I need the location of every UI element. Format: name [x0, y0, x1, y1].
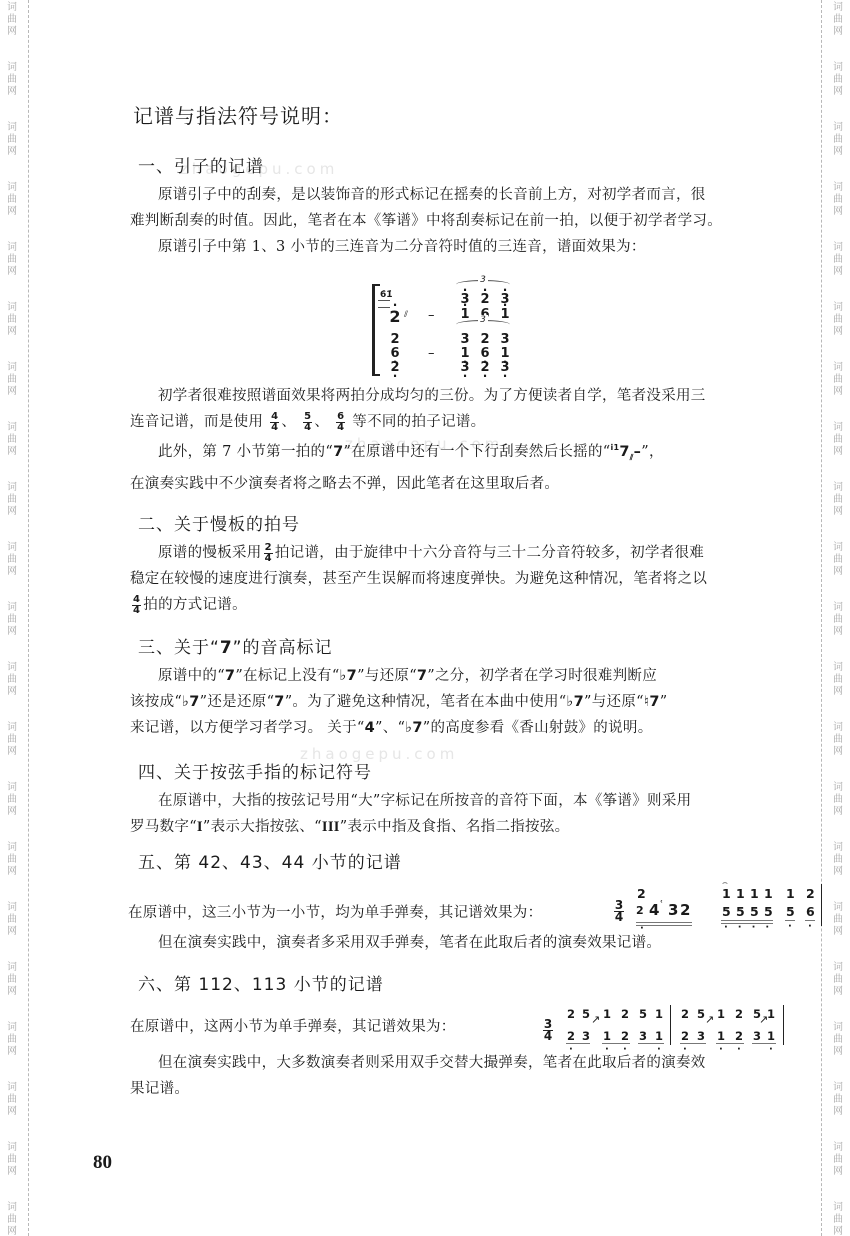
score-example-m42-44: 34 2 2 4 ʿ 3 2 · ⌢ 1 1 1 1 5 5 5 5 ···· … — [614, 886, 824, 936]
inline-gliss-glyph: i̇17⫽– — [610, 444, 641, 460]
text-run: 拍的方式记谱。 — [143, 597, 247, 613]
watermark-text: 词曲网 — [2, 242, 22, 278]
page-number: 80 — [93, 1152, 112, 1174]
watermark-text: 词曲网 — [828, 1142, 848, 1178]
text-line: 原谱引子中第 1、3 小节的三连音为二分音符时值的三连音，谱面效果为： — [158, 239, 646, 255]
watermark-text: 词曲网 — [828, 842, 848, 878]
text-run: 等不同的拍子记谱。 — [352, 414, 485, 430]
watermark-text: 词曲网 — [828, 122, 848, 158]
watermark-text: 词曲网 — [828, 1022, 848, 1058]
text-run: ”， — [641, 444, 664, 460]
section-heading-measures-112-113: 六、第 112、113 小节的记谱 — [138, 970, 384, 995]
watermark-text: 词曲网 — [2, 1022, 22, 1058]
watermark-text: 词曲网 — [2, 782, 22, 818]
text-line: 稳定在较慢的速度进行演奏，甚至产生误解而将速度弹快。为避免这种情况，笔者将之以 — [130, 571, 707, 587]
watermark-text: 词曲网 — [2, 422, 22, 458]
watermark-text: 词曲网 — [2, 842, 22, 878]
watermark-text: 词曲网 — [828, 302, 848, 338]
paragraph: 初学者很难按照谱面效果将两拍分成均匀的三份。为了方便读者自学，笔者没采用三 连音… — [130, 383, 706, 497]
note: 3 — [498, 360, 512, 375]
text-line: 在原谱中，这三小节为一小节，均为单手弹奏，其记谱效果为： — [128, 900, 542, 926]
watermark-text: 词曲网 — [828, 422, 848, 458]
text-line: 初学者很难按照谱面效果将两拍分成均匀的三份。为了方便读者自学，笔者没采用三 — [158, 388, 706, 404]
watermark-text: 词曲网 — [2, 182, 22, 218]
bar-line — [670, 1005, 671, 1045]
system-brace — [372, 284, 380, 376]
tremolo-mark: ⫽ — [404, 310, 408, 320]
watermark-text: 词曲网 — [828, 902, 848, 938]
text-line: 但在演奏实践中，演奏者多采用双手弹奏，笔者在此取后者的演奏效果记谱。 — [158, 935, 661, 951]
watermark-text: 词曲网 — [828, 62, 848, 98]
note-seven: 7 — [333, 444, 343, 460]
bar-line — [821, 884, 822, 926]
note: 4 — [649, 901, 659, 919]
note: 6 — [388, 346, 402, 361]
triplet-bracket: 3 — [456, 320, 510, 329]
watermark-text: 词曲网 — [828, 662, 848, 698]
watermark-text: 词曲网 — [2, 962, 22, 998]
watermark-text: 词曲网 — [2, 302, 22, 338]
watermark-text: 词曲网 — [2, 902, 22, 938]
watermark-text: 词曲网 — [828, 782, 848, 818]
section-heading-finger-marks: 四、关于按弦手指的标记符号 — [138, 758, 372, 783]
time-signature: 24 — [264, 543, 273, 564]
watermark-text: 词曲网 — [2, 1082, 22, 1118]
paragraph: 但在演奏实践中，大多数演奏者则采用双手交替大撮弹奏，笔者在此取后者的演奏效 果记… — [130, 1050, 706, 1102]
note: 2 — [637, 886, 646, 901]
note: 2 — [388, 307, 402, 326]
time-signature: 34 — [543, 1019, 553, 1042]
watermark-text: 词曲网 — [828, 182, 848, 218]
text-line: 但在演奏实践中，大多数演奏者则采用双手交替大撮弹奏，笔者在此取后者的演奏效 — [158, 1055, 706, 1071]
watermark-text: 词曲网 — [828, 962, 848, 998]
watermark-text: 词曲网 — [2, 62, 22, 98]
paragraph: 原谱的慢板采用24拍记谱，由于旋律中十六分音符与三十二分音符较多，初学者很难 稳… — [130, 540, 707, 618]
note: 2 — [636, 904, 644, 917]
right-watermark-rail: 词曲网词曲网词曲网词曲网词曲网词曲网词曲网词曲网词曲网词曲网词曲网词曲网词曲网词… — [821, 0, 850, 1236]
note: 2 — [478, 360, 492, 375]
text-line: 难判断刮奏的时值。因此，笔者在本《筝谱》中将刮奏标记在前一拍，以便于初学者学习。 — [130, 213, 722, 229]
watermark-text: 词曲网 — [2, 122, 22, 158]
text-run: 原谱的慢板采用 — [158, 545, 262, 561]
dash: – — [428, 308, 435, 323]
time-signature: 44 — [270, 412, 279, 433]
time-signature: 34 — [614, 900, 624, 923]
note: 3 — [668, 901, 678, 919]
text-run: 连音记谱，而是使用 — [130, 414, 263, 430]
watermark-text: 词曲网 — [2, 602, 22, 638]
page-title: 记谱与指法符号说明： — [133, 100, 343, 129]
watermark-text: 词曲网 — [2, 1142, 22, 1178]
text-line: 果记谱。 — [130, 1081, 189, 1097]
note: 3 — [498, 332, 512, 347]
watermark-text: 词曲网 — [828, 1202, 848, 1236]
score-example-triplets: 6̇1̇ 2 ⫽ – 3 3 2 3 1 6 1 2 6 2 – 3 3 2 3… — [368, 270, 568, 378]
note: 6 — [478, 346, 492, 361]
text-line: 在演奏实践中不少演奏者将之略去不弹，因此笔者在这里取后者。 — [130, 476, 559, 492]
section-heading-pitch-of-seven: 三、关于“7”的音高标记 — [138, 633, 332, 658]
note: 2 — [478, 292, 492, 307]
watermark-text: 词曲网 — [2, 482, 22, 518]
note: 2 — [680, 901, 690, 919]
paragraph: 原谱引子中的刮奏，是以装饰音的形式标记在摇奏的长音前上方，对初学者而言，很 难判… — [130, 182, 722, 260]
watermark-text: 词曲网 — [2, 722, 22, 758]
watermark-text: 词曲网 — [2, 362, 22, 398]
text-line: 在原谱中，这两小节为单手弹奏，其记谱效果为： — [130, 1014, 456, 1040]
watermark-text: 词曲网 — [2, 2, 22, 38]
watermark-text: 词曲网 — [828, 362, 848, 398]
watermark-text: 词曲网 — [828, 542, 848, 578]
time-signature: 44 — [132, 595, 141, 616]
dash: – — [428, 346, 435, 361]
watermark-text: 词曲网 — [828, 242, 848, 278]
watermark-text: 词曲网 — [828, 2, 848, 38]
watermark-text: 词曲网 — [2, 542, 22, 578]
score-example-m112-113: 34 2 5 1 2 5 1 ↗ 2 3 1 2 3 1 · · · · 2 5… — [543, 1007, 803, 1053]
note: 1 — [498, 346, 512, 361]
bar-line — [783, 1005, 784, 1045]
text-run: 拍记谱，由于旋律中十六分音符与三十二分音符较多，初学者很难 — [275, 545, 704, 561]
note: 2 — [388, 332, 402, 347]
time-signature: 64 — [336, 412, 345, 433]
section-heading-slow-meter: 二、关于慢板的拍号 — [138, 510, 300, 535]
time-signature: 54 — [303, 412, 312, 433]
note: 2 — [478, 332, 492, 347]
text-run: ”在原谱中还有一个下行刮奏然后长摇的“ — [343, 444, 610, 460]
section-heading-intro: 一、引子的记谱 — [138, 152, 264, 177]
text-run: 此外，第 7 小节第一拍的“ — [158, 444, 333, 460]
paragraph: 但在演奏实践中，演奏者多采用双手弹奏，笔者在此取后者的演奏效果记谱。 — [130, 930, 661, 956]
section-heading-measures-42-44: 五、第 42、43、44 小节的记谱 — [138, 848, 402, 873]
paragraph: 原谱中的“7”在标记上没有“♭7”与还原“7”之分，初学者在学习时很难判断应 该… — [130, 663, 667, 741]
note: 3 — [458, 332, 472, 347]
text-line: 原谱引子中的刮奏，是以装饰音的形式标记在摇奏的长音前上方，对初学者而言，很 — [158, 187, 706, 203]
watermark-text: 词曲网 — [828, 482, 848, 518]
watermark-text: 词曲网 — [2, 662, 22, 698]
watermark-text: 词曲网 — [828, 1082, 848, 1118]
note: 1 — [498, 307, 512, 322]
left-watermark-rail: 词曲网词曲网词曲网词曲网词曲网词曲网词曲网词曲网词曲网词曲网词曲网词曲网词曲网词… — [0, 0, 29, 1236]
note: 1 — [458, 346, 472, 361]
paragraph: 在原谱中，大指的按弦记号用“大”字标记在所按音的音符下面，本《筝谱》则采用 罗马… — [130, 788, 691, 840]
note: 2 — [388, 360, 402, 375]
watermark-text: 词曲网 — [2, 1202, 22, 1236]
watermark-text: 词曲网 — [828, 602, 848, 638]
text-line: 在原谱中，大指的按弦记号用“大”字标记在所按音的音符下面，本《筝谱》则采用 — [158, 793, 691, 809]
note: 3 — [458, 360, 472, 375]
watermark-text: 词曲网 — [828, 722, 848, 758]
